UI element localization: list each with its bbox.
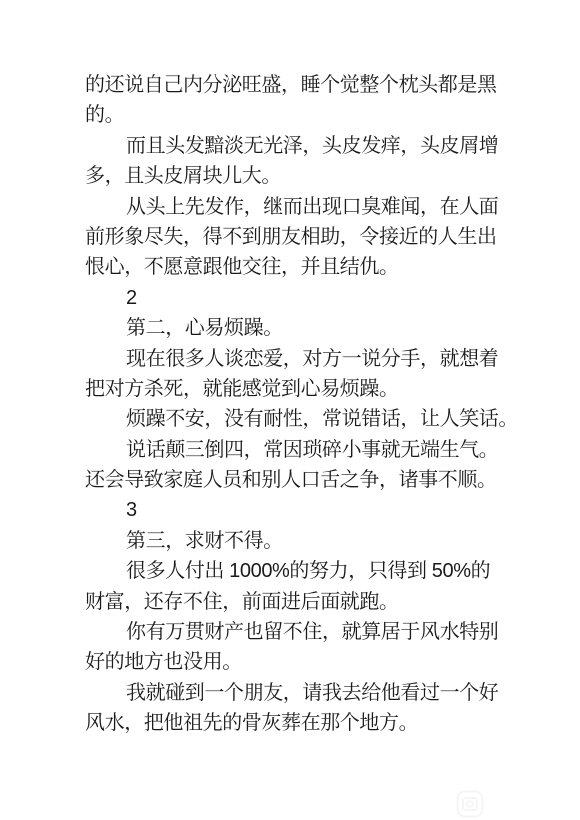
text-line: 从头上先发作，继而出现口臭难闻，在人面 xyxy=(85,192,515,222)
text-line: 烦躁不安，没有耐性，常说错话，让人笑话。 xyxy=(85,404,515,434)
text-line: 把对方杀死，就能感觉到心易烦躁。 xyxy=(85,374,515,404)
document-page: 的还说自己内分泌旺盛，睡个觉整个枕头都是黑的。而且头发黯淡无光泽，头皮发痒，头皮… xyxy=(0,0,580,820)
text-line: 还会导致家庭人员和别人口舌之争，诸事不顺。 xyxy=(85,465,515,495)
text-line: 的还说自己内分泌旺盛，睡个觉整个枕头都是黑 xyxy=(85,70,515,100)
text-line: 风水，把他祖先的骨灰葬在那个地方。 xyxy=(85,708,515,738)
text-line: 前形象尽失，得不到朋友相助，令接近的人生出 xyxy=(85,222,515,252)
text-lines: 的还说自己内分泌旺盛，睡个觉整个枕头都是黑的。而且头发黯淡无光泽，头皮发痒，头皮… xyxy=(85,70,515,739)
text-line: 你有万贯财产也留不住，就算居于风水特别 xyxy=(85,617,515,647)
text-line: 好的地方也没用。 xyxy=(85,647,515,677)
text-line: 很多人付出 1000%的努力，只得到 50%的 xyxy=(85,556,515,586)
text-line: 恨心，不愿意跟他交往，并且结仇。 xyxy=(85,252,515,282)
text-line: 第三，求财不得。 xyxy=(85,526,515,556)
text-line: 多，且头皮屑块儿大。 xyxy=(85,161,515,191)
text-line: 第二，心易烦躁。 xyxy=(85,313,515,343)
text-line: 2 xyxy=(85,283,515,313)
text-line: 而且头发黯淡无光泽，头皮发痒，头皮屑增 xyxy=(85,131,515,161)
text-line: 的。 xyxy=(85,100,515,130)
app-logo-watermark-icon xyxy=(456,790,484,818)
text-line: 现在很多人谈恋爱，对方一说分手，就想着 xyxy=(85,344,515,374)
text-line: 说话颠三倒四，常因琐碎小事就无端生气。 xyxy=(85,435,515,465)
text-line: 我就碰到一个朋友，请我去给他看过一个好 xyxy=(85,678,515,708)
text-line: 3 xyxy=(85,495,515,525)
text-line: 财富，还存不住，前面进后面就跑。 xyxy=(85,587,515,617)
